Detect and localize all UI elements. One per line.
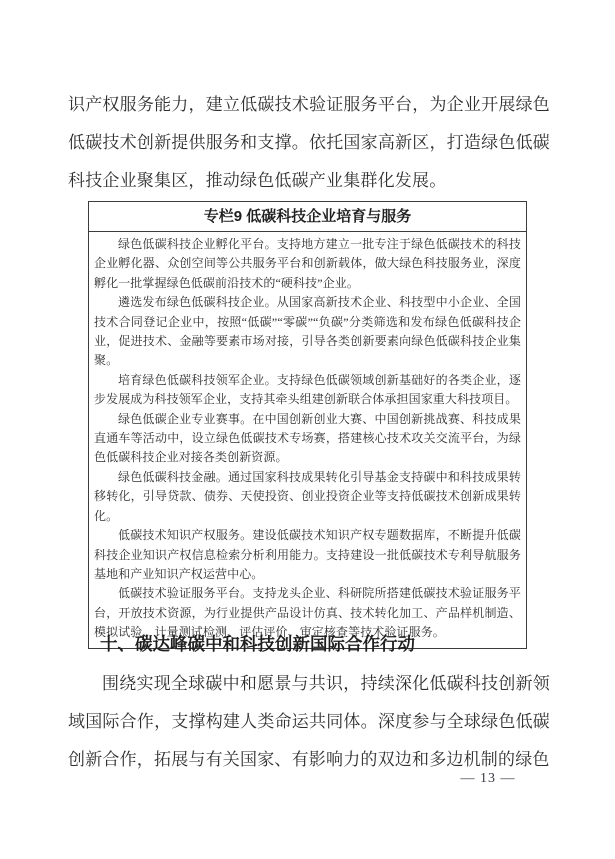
column-box: 专栏9 低碳科技企业培育与服务 绿色低碳科技企业孵化平台。支持地方建立一批专注于… [88,201,527,649]
column-box-title: 专栏9 低碳科技企业培育与服务 [89,202,526,232]
box-paragraph-finance: 绿色低碳科技金融。通过国家科技成果转化引导基金支持碳中和科技成果转移转化，引导贷… [94,468,521,526]
box-paragraph-selection: 遴选发布绿色低碳科技企业。从国家高新技术企业、科技型中小企业、全国技术合同登记企… [94,293,521,371]
intro-paragraph: 识产权服务能力，建立低碳技术验证服务平台，为企业开展绿色低碳技术创新提供服务和支… [68,86,550,200]
column-box-body: 绿色低碳科技企业孵化平台。支持地方建立一批专注于绿色低碳技术的科技企业孵化器、众… [89,232,526,648]
page-number: — 13 — [448,769,528,789]
closing-paragraph: 围绕实现全球碳中和愿景与共识，持续深化低碳科技创新领域国际合作，支撑构建人类命运… [68,665,550,779]
box-paragraph-incubation: 绿色低碳科技企业孵化平台。支持地方建立一批专注于绿色低碳技术的科技企业孵化器、众… [94,235,521,293]
box-paragraph-competitions: 绿色低碳企业专业赛事。在中国创新创业大赛、中国创新挑战赛、科技成果直通车等活动中… [94,410,521,468]
box-paragraph-ip-services: 低碳技术知识产权服务。建设低碳技术知识产权专题数据库，不断提升低碳科技企业知识产… [94,526,521,584]
document-page: 识产权服务能力，建立低碳技术验证服务平台，为企业开展绿色低碳技术创新提供服务和支… [0,0,615,859]
section-heading: 十、碳达峰碳中和科技创新国际合作行动 [68,633,550,655]
box-paragraph-leading-enterprises: 培育绿色低碳科技领军企业。支持绿色低碳领域创新基础好的各类企业，逐步发展成为科技… [94,371,521,410]
